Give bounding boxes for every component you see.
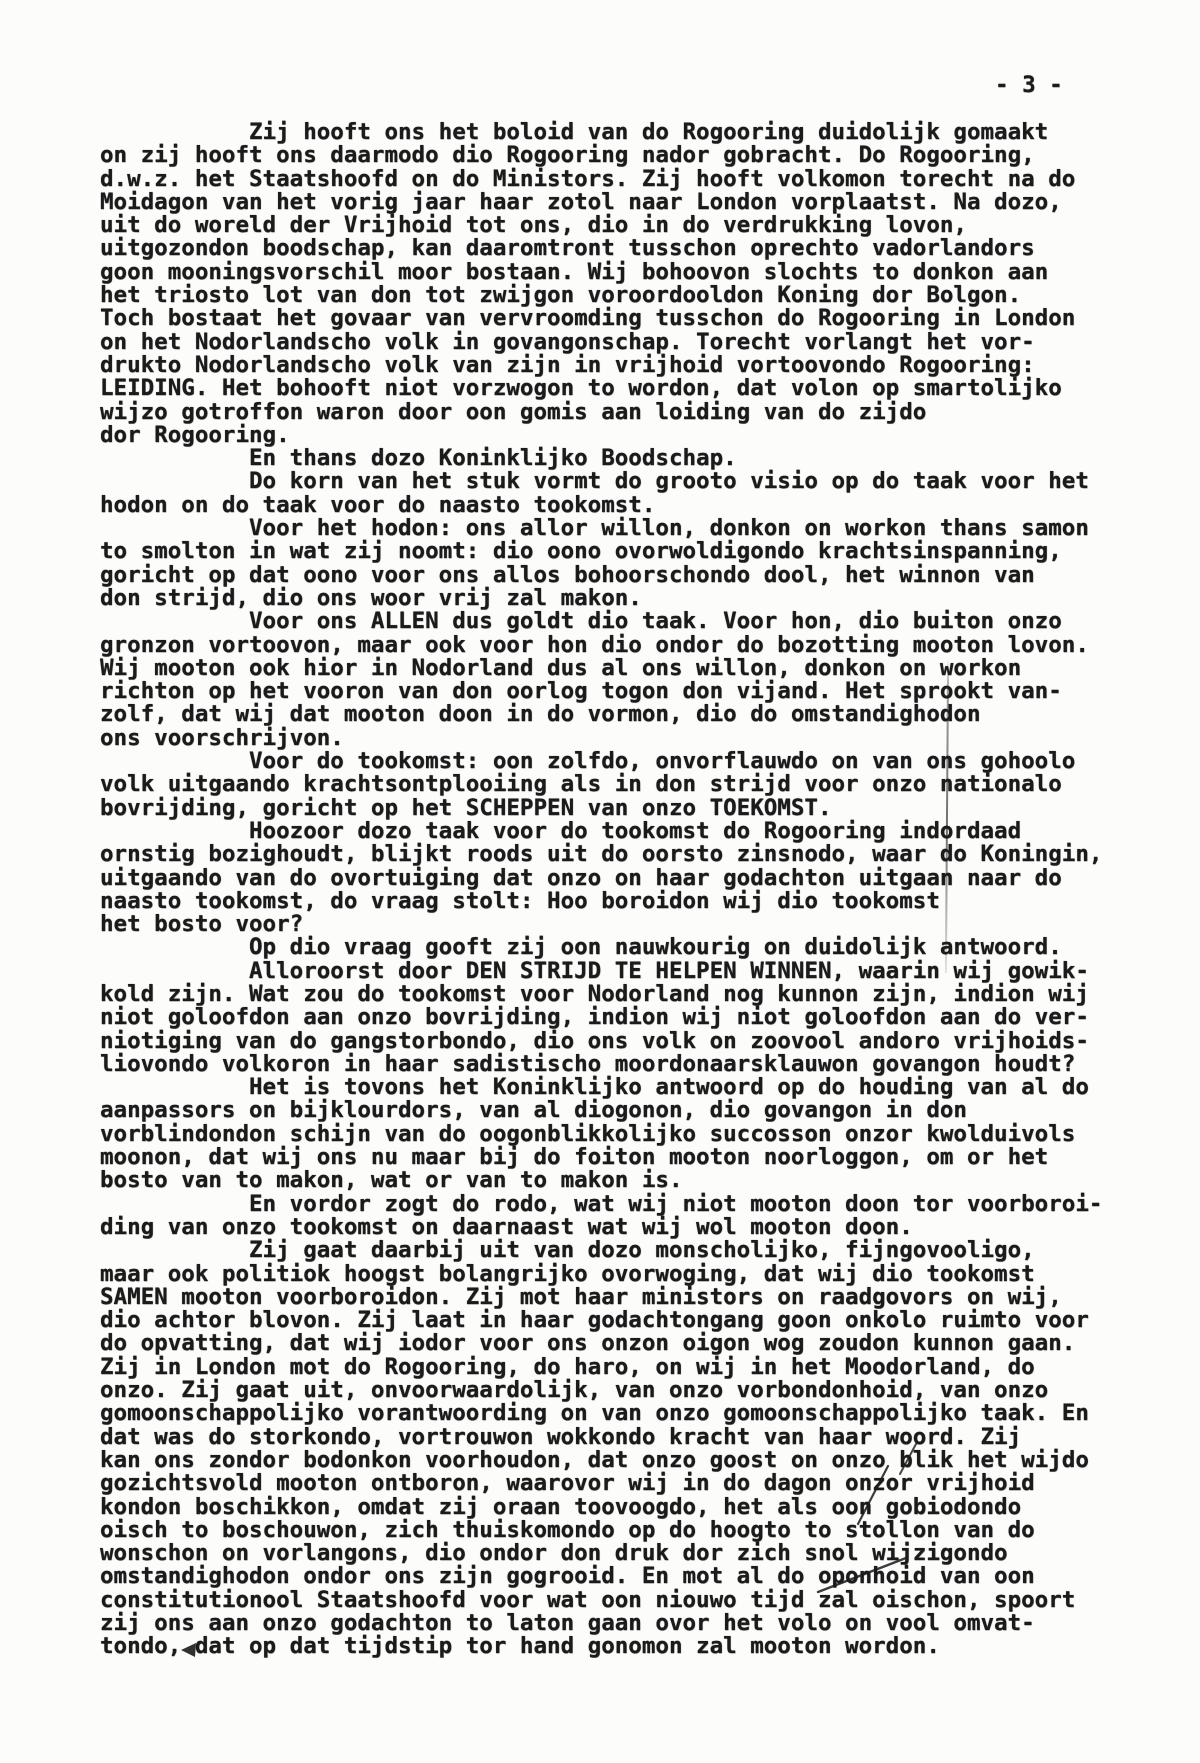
document-body-text: Zij hooft ons het boloid van do Rogoorin… xyxy=(100,121,1102,1659)
page-number: - 3 - xyxy=(995,72,1063,98)
document-page: - 3 - Zij hooft ons het boloid van do Ro… xyxy=(0,0,1200,1763)
